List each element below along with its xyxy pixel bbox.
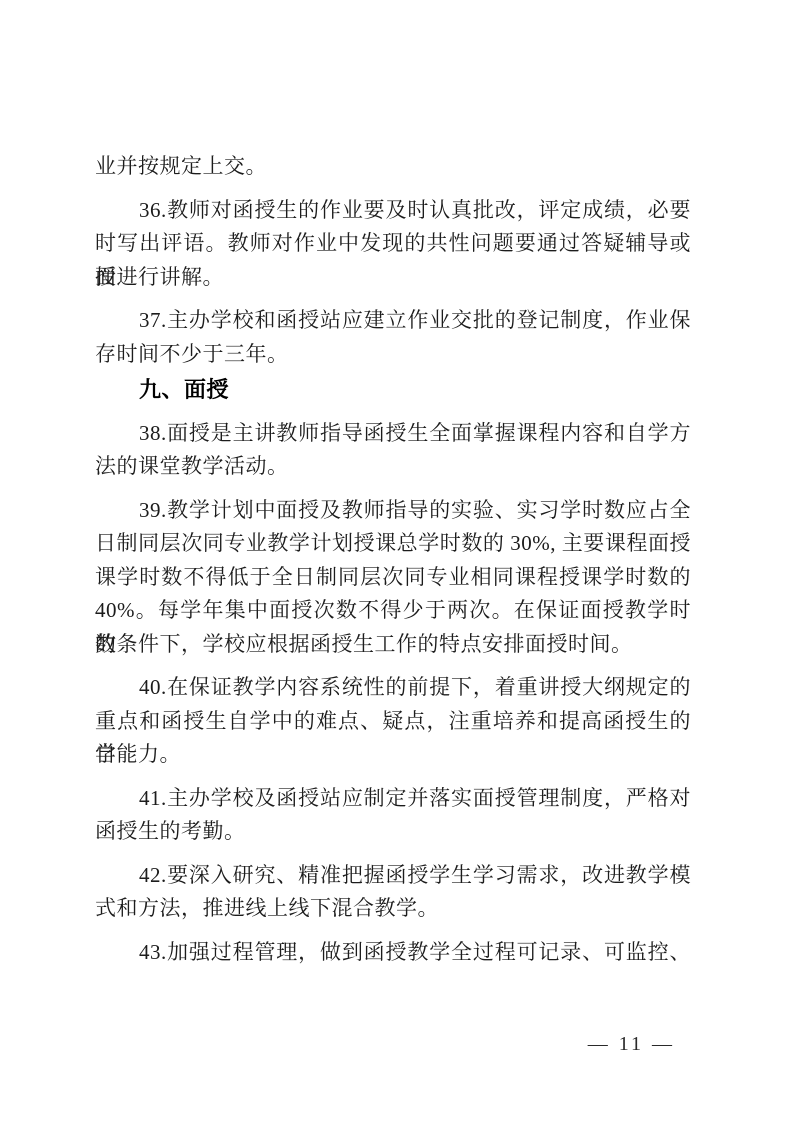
text-line: 学能力。 — [95, 738, 691, 772]
text-line: 授进行讲解。 — [95, 261, 691, 295]
text-line: 37.主办学校和函授站应建立作业交批的登记制度，作业保 — [95, 304, 691, 338]
text-line: 36.教师对函授生的作业要及时认真批改，评定成绩，必要 — [95, 194, 691, 228]
text-line: 日制同层次同专业教学计划授课总学时数的 30%, 主要课程面授 — [95, 527, 691, 561]
text-line: 38.面授是主讲教师指导函授生全面掌握课程内容和自学方 — [95, 417, 691, 451]
text-line: 43.加强过程管理，做到函授教学全过程可记录、可监控、 — [95, 936, 691, 970]
document-page: { "page_number": "— 11 —", "document": {… — [0, 0, 793, 1122]
text-line: 39.教学计划中面授及教师指导的实验、实习学时数应占全 — [95, 494, 691, 528]
text-line: 法的课堂教学活动。 — [95, 450, 691, 484]
text-line: 40.在保证教学内容系统性的前提下，着重讲授大纲规定的 — [95, 671, 691, 705]
text-line: 42.要深入研究、精准把握函授学生学习需求，改进教学模 — [95, 859, 691, 893]
text-line: 函授生的考勤。 — [95, 815, 691, 849]
section-heading: 九、面授 — [95, 373, 691, 407]
text-line: 时写出评语。教师对作业中发现的共性问题要通过答疑辅导或面 — [95, 227, 691, 261]
text-line: 41.主办学校及函授站应制定并落实面授管理制度，严格对 — [95, 782, 691, 816]
text-line: 40%。每学年集中面授次数不得少于两次。在保证面授教学时数 — [95, 594, 691, 628]
text-line: 式和方法，推进线上线下混合教学。 — [95, 892, 691, 926]
text-line: 重点和函授生自学中的难点、疑点，注重培养和提高函授生的自 — [95, 705, 691, 739]
page-number: — 11 — — [588, 1033, 675, 1056]
text-line: 存时间不少于三年。 — [95, 338, 691, 372]
text-line: 业并按规定上交。 — [95, 150, 691, 184]
document-body: 业并按规定上交。 36.教师对函授生的作业要及时认真批改，评定成绩，必要 时写出… — [95, 150, 691, 969]
text-line: 的条件下，学校应根据函授生工作的特点安排面授时间。 — [95, 628, 691, 662]
text-line: 课学时数不得低于全日制同层次同专业相同课程授课学时数的 — [95, 561, 691, 595]
